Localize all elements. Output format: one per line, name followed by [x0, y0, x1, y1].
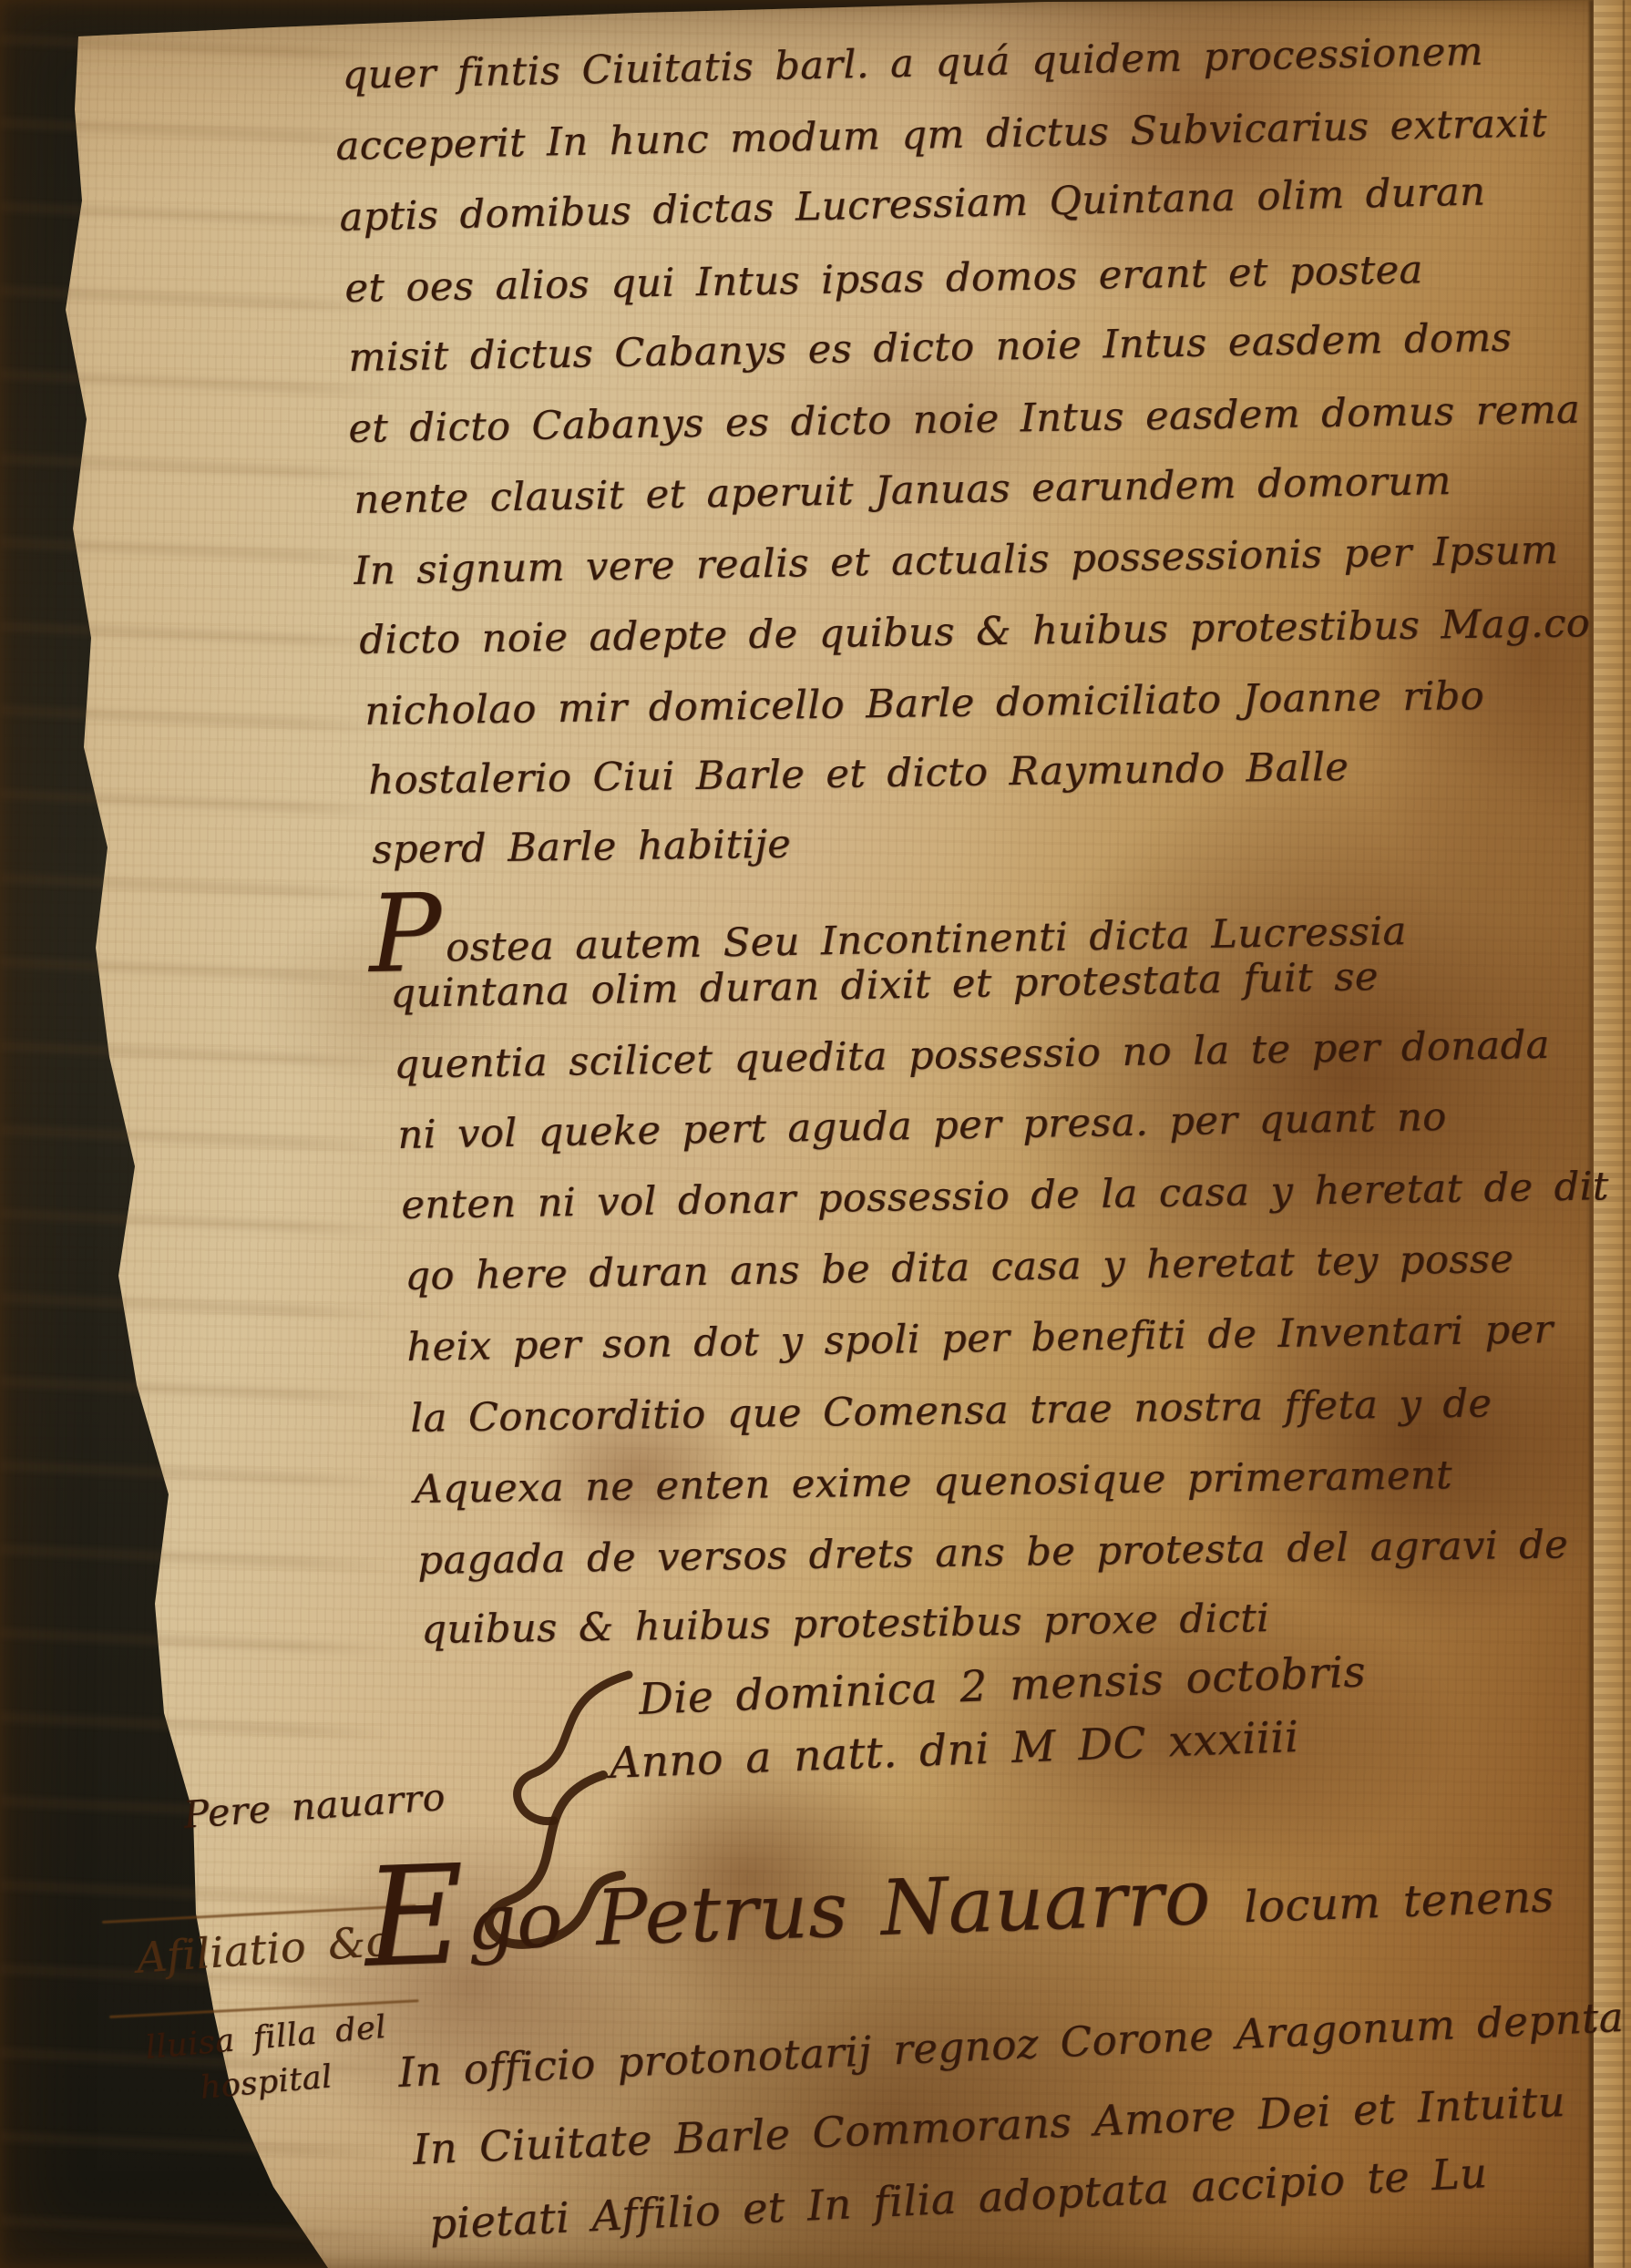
- manuscript-photo: quer fintis Ciuitatis barl. a quá quidem…: [0, 0, 1631, 2268]
- pen-flourish-initial-E: E: [363, 1868, 467, 1967]
- next-folio-edge: [1594, 0, 1631, 2268]
- pen-flourish-initial-P: P: [368, 890, 443, 978]
- folio-edge-line: [1623, 0, 1625, 2268]
- manuscript-line: sperd Barle habitije: [372, 822, 792, 873]
- closing-suffix-text: locum tenens: [1243, 1871, 1554, 1933]
